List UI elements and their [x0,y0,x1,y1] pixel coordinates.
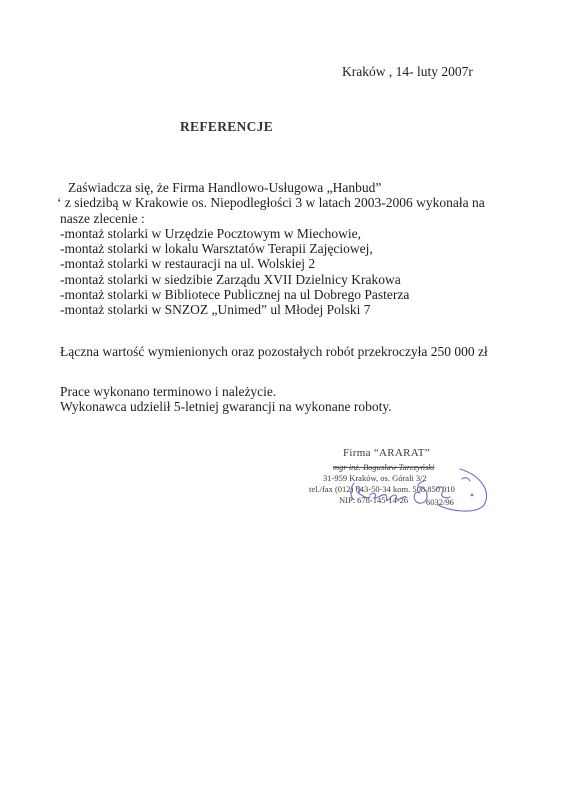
document-title: REFERENCJE [180,119,273,135]
list-item: -montaż stolarki w Bibliotece Publicznej… [60,287,485,302]
closing-paragraph: Prace wykonano terminowo i należycie. Wy… [60,384,392,415]
handwritten-signature [300,465,500,545]
list-item: -montaż stolarki w Urzędzie Pocztowym w … [60,226,485,241]
total-value-line: Łączna wartość wymienionych oraz pozosta… [60,344,488,360]
intro-line: Zaświadcza się, że Firma Handlowo-Usługo… [60,180,485,195]
list-item: -montaż stolarki w restauracji na ul. Wo… [60,256,485,271]
place-date: Kraków , 14- luty 2007r [342,64,473,80]
list-item: -montaż stolarki w SNZOZ „Unimed” ul Mło… [60,302,485,317]
list-item: -montaż stolarki w lokalu Warsztatów Ter… [60,241,485,256]
list-item: -montaż stolarki w siedzibie Zarządu XVI… [60,272,485,287]
intro-line: nasze zlecenie : [60,211,485,226]
intro-line: ‘ z siedzibą w Krakowie os. Niepodległoś… [57,195,485,210]
closing-line: Prace wykonano terminowo i należycie. [60,384,392,399]
stamp-company: Firma “ARARAT” [343,447,430,459]
closing-line: Wykonawca udzielił 5-letniej gwarancji n… [60,399,392,414]
body-paragraph: Zaświadcza się, że Firma Handlowo-Usługo… [60,180,485,318]
